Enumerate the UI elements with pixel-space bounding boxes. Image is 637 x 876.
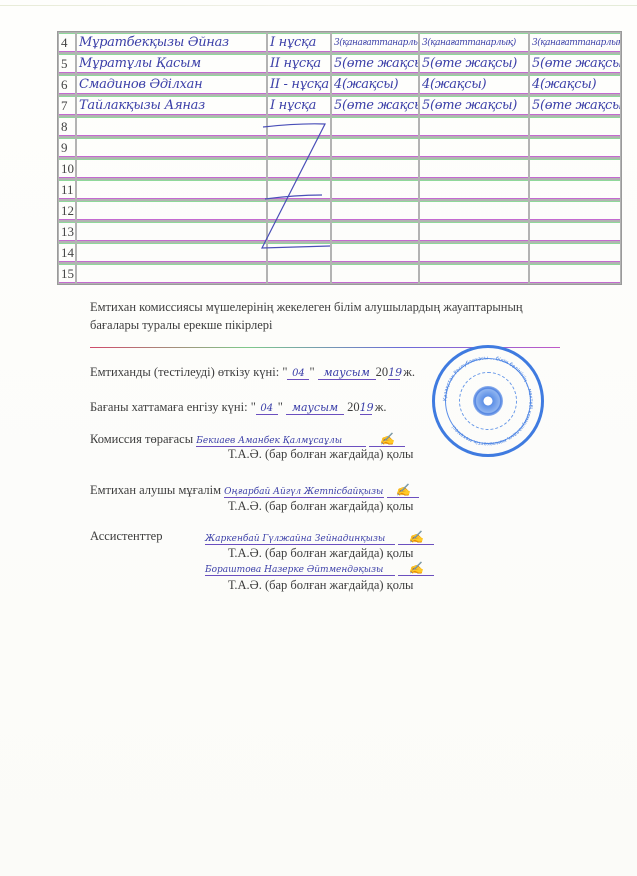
chair-signature[interactable]: ✍ [369,432,405,447]
grade-2-cell[interactable] [419,158,529,179]
row-number: 4 [58,32,76,53]
row-number: 14 [58,242,76,263]
teacher-signature[interactable]: ✍ [387,483,419,498]
assistants-label: Ассистенттер [90,529,162,544]
level-cell[interactable] [267,242,331,263]
row-number: 6 [58,74,76,95]
student-name-cell[interactable] [76,116,267,137]
grade-3-cell[interactable] [529,221,621,242]
entry-date-label: Бағаны хаттамаға енгізу күні: " [90,400,256,414]
grade-1-cell[interactable]: 3(қанағаттанарлық) [331,32,419,53]
table-row: 11 [58,179,621,200]
student-name-cell[interactable]: Тайлакқызы Аяназ [76,95,267,116]
entry-date-quote: " [278,400,283,414]
official-stamp: Қазақстан Республикасы ... білім бөлімін… [432,345,544,457]
remarks-label-line2: бағалары туралы ерекше пікірлері [90,318,273,333]
student-name-cell[interactable]: Мұратұлы Қасым [76,53,267,74]
page-top-edge [0,5,637,6]
assistant-row-1: Жаркенбай Гүлжайна Зейнадинқызы ✍ [205,530,434,545]
grade-2-cell[interactable] [419,137,529,158]
level-cell[interactable]: II - нұсқа [267,74,331,95]
level-cell[interactable] [267,158,331,179]
table-row: 4Мұратбекқызы ӘйназI нұсқа3(қанағаттанар… [58,32,621,53]
stamp-text-ring: Қазақстан Республикасы ... білім бөлімін… [435,348,541,454]
entry-date-day[interactable]: 04 [256,403,278,415]
exam-date-month[interactable]: маусым [318,366,376,380]
grade-3-cell[interactable] [529,116,621,137]
table-row: 13 [58,221,621,242]
chair-name[interactable]: Бекиаев Аманбек Қалмұсаұлы [196,436,366,447]
assistant-1-name[interactable]: Жаркенбай Гүлжайна Зейнадинқызы [205,534,395,545]
remarks-label-line1: Емтихан комиссиясы мүшелерінің жекелеген… [90,300,523,315]
level-cell[interactable] [267,200,331,221]
grade-2-cell[interactable]: 4(жақсы) [419,74,529,95]
grade-3-cell[interactable]: 4(жақсы) [529,74,621,95]
grade-2-cell[interactable] [419,116,529,137]
assistant-2-name[interactable]: Бораштова Назерке Әйтмендәқызы [205,565,395,576]
student-name-cell[interactable]: Мұратбекқызы Әйназ [76,32,267,53]
row-number: 7 [58,95,76,116]
table-row: 5Мұратұлы ҚасымII нұсқа5(өте жақсы)5(өте… [58,53,621,74]
table-row: 15 [58,263,621,284]
student-name-cell[interactable] [76,263,267,284]
grade-3-cell[interactable]: 5(өте жақсы) [529,53,621,74]
level-cell[interactable]: I нұсқа [267,32,331,53]
grade-1-cell[interactable]: 4(жақсы) [331,74,419,95]
student-name-cell[interactable] [76,137,267,158]
assistant-1-signature[interactable]: ✍ [398,530,434,545]
row-number: 11 [58,179,76,200]
student-name-cell[interactable] [76,242,267,263]
chair-caption: Т.А.Ә. (бар болған жағдайда) қолы [228,447,413,462]
grade-1-cell[interactable] [331,158,419,179]
exam-date-year-suffix[interactable]: 19 [388,366,400,380]
row-number: 8 [58,116,76,137]
grade-3-cell[interactable] [529,137,621,158]
student-name-cell[interactable]: Смадинов Әділхан [76,74,267,95]
grade-1-cell[interactable]: 5(өте жақсы) [331,95,419,116]
grade-2-cell[interactable] [419,242,529,263]
entry-date-unit: ж. [375,400,387,414]
row-number: 5 [58,53,76,74]
row-number: 12 [58,200,76,221]
entry-date-year-prefix: 20 [347,400,360,414]
assistant-2-caption: Т.А.Ә. (бар болған жағдайда) қолы [228,578,413,593]
row-number: 9 [58,137,76,158]
exam-date-day[interactable]: 04 [287,368,309,380]
grade-3-cell[interactable] [529,263,621,284]
student-name-cell[interactable] [76,158,267,179]
row-number: 15 [58,263,76,284]
svg-text:Қазақстан Республикасы ... біл: Қазақстан Республикасы ... білім бөлімін… [442,355,533,446]
student-name-cell[interactable] [76,221,267,242]
level-cell[interactable] [267,179,331,200]
level-cell[interactable]: II нұсқа [267,53,331,74]
assistant-1-caption: Т.А.Ә. (бар болған жағдайда) қолы [228,546,413,561]
grade-3-cell[interactable]: 5(өте жақсы) [529,95,621,116]
chair-row: Комиссия төрағасы Бекиаев Аманбек Қалмұс… [90,432,405,447]
grade-1-cell[interactable] [331,137,419,158]
table-row: 14 [58,242,621,263]
teacher-row: Емтихан алушы мұғалім Оңғарбай Айгүл Жет… [90,483,419,498]
grade-1-cell[interactable] [331,179,419,200]
grade-2-cell[interactable]: 5(өте жақсы) [419,53,529,74]
grade-1-cell[interactable] [331,116,419,137]
exam-date-quote: " [309,365,314,379]
grade-3-cell[interactable] [529,179,621,200]
grade-1-cell[interactable] [331,221,419,242]
level-cell[interactable] [267,116,331,137]
chair-label: Комиссия төрағасы [90,432,193,446]
level-cell[interactable] [267,263,331,284]
grade-3-cell[interactable] [529,200,621,221]
assistant-2-signature[interactable]: ✍ [398,561,434,576]
student-name-cell[interactable] [76,179,267,200]
table-row: 6Смадинов ӘділханII - нұсқа4(жақсы)4(жақ… [58,74,621,95]
grade-3-cell[interactable]: 3(қанағаттанарлық) [529,32,621,53]
grade-1-cell[interactable] [331,242,419,263]
grade-2-cell[interactable]: 3(қанағаттанарлық) [419,32,529,53]
grades-table: 4Мұратбекқызы ӘйназI нұсқа3(қанағаттанар… [57,31,622,285]
grade-2-cell[interactable] [419,179,529,200]
table-row: 8 [58,116,621,137]
entry-date-month[interactable]: маусым [286,401,344,415]
table-row: 7Тайлакқызы АяназI нұсқа5(өте жақсы)5(өт… [58,95,621,116]
grade-2-cell[interactable] [419,221,529,242]
row-number: 13 [58,221,76,242]
table-row: 10 [58,158,621,179]
level-cell[interactable]: I нұсқа [267,95,331,116]
assistant-row-2: Бораштова Назерке Әйтмендәқызы ✍ [205,561,434,576]
teacher-caption: Т.А.Ә. (бар болған жағдайда) қолы [228,499,413,514]
entry-date-row: Бағаны хаттамаға енгізу күні: "04" маусы… [90,400,387,415]
row-number: 10 [58,158,76,179]
entry-date-year-suffix[interactable]: 19 [360,401,372,415]
grade-1-cell[interactable] [331,263,419,284]
teacher-label: Емтихан алушы мұғалім [90,483,221,497]
exam-date-year-prefix: 20 [376,365,389,379]
grade-3-cell[interactable] [529,158,621,179]
grade-1-cell[interactable] [331,200,419,221]
exam-date-label: Емтиханды (тестілеуді) өткізу күні: " [90,365,287,379]
table-row: 9 [58,137,621,158]
grade-1-cell[interactable]: 5(өте жақсы) [331,53,419,74]
grade-2-cell[interactable] [419,200,529,221]
exam-date-row: Емтиханды (тестілеуді) өткізу күні: "04"… [90,365,415,380]
level-cell[interactable] [267,221,331,242]
table-row: 12 [58,200,621,221]
grade-3-cell[interactable] [529,242,621,263]
teacher-name[interactable]: Оңғарбай Айгүл Жетпісбайқызы [224,487,384,498]
student-name-cell[interactable] [76,200,267,221]
grade-2-cell[interactable]: 5(өте жақсы) [419,95,529,116]
grade-2-cell[interactable] [419,263,529,284]
level-cell[interactable] [267,137,331,158]
exam-date-unit: ж. [403,365,415,379]
